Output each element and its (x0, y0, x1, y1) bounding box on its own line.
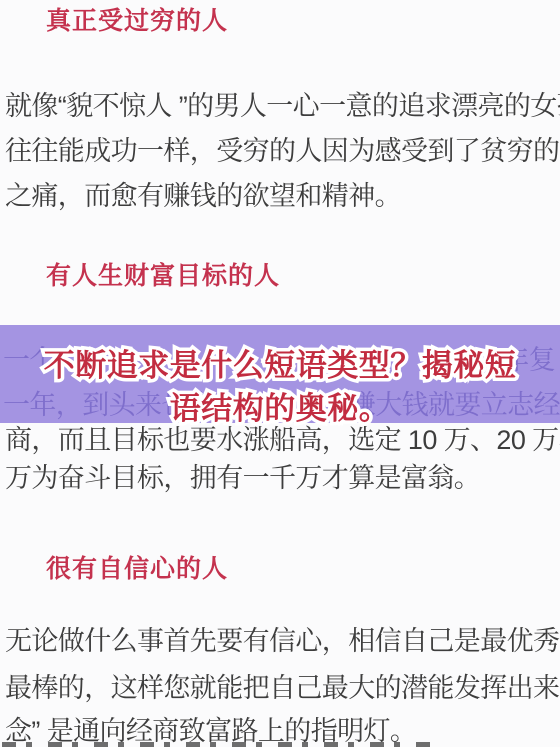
paragraph-line: 最棒的，这样您就能把自己最大的潜能发挥出来，“信 (5, 673, 560, 704)
overlay-title-line2: 语结构的奥秘。 语结构的奥秘。 (0, 383, 560, 428)
paragraph-line: 无论做什么事首先要有信心，相信自己是最优秀的， (5, 626, 560, 657)
section-heading-truly-poor: 真正受过穷的人 (46, 1, 228, 37)
section-heading-confident: 很有自信心的人 (46, 549, 228, 585)
overlay-title-text: 不断追求是什么短语类型？揭秘短 (44, 348, 517, 383)
cutoff-text-fragments (2, 742, 432, 747)
paragraph-line: 就像“貌不惊人 ”的男人一心一意的追求漂亮的女孩 (5, 91, 560, 122)
section-heading-wealth-goal: 有人生财富目标的人 (46, 256, 280, 292)
paragraph-line: 万为奋斗目标，拥有一千万才算是富翁。 (5, 463, 480, 494)
paragraph-line: 商，而且目标也要水涨船高，选定 10 万、20 万、100 (5, 425, 560, 456)
article-page: 真正受过穷的人 就像“貌不惊人 ”的男人一心一意的追求漂亮的女孩 往往能成功一样… (0, 0, 560, 747)
paragraph-line: 之痛，而愈有赚钱的欲望和精神。 (5, 181, 401, 212)
overlay-title-text: 语结构的奥秘。 (170, 391, 391, 426)
paragraph-line: 往往能成功一样，受穷的人因为感受到了贫穷的切肤 (5, 136, 560, 167)
overlay-title-line1: 不断追求是什么短语类型？揭秘短 不断追求是什么短语类型？揭秘短 (0, 340, 560, 385)
